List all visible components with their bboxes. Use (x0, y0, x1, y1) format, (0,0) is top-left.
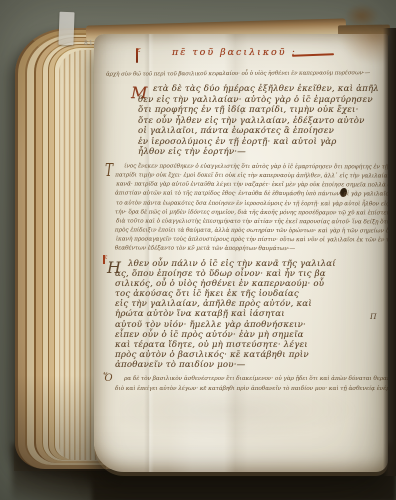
text-line: θεν εἰς τὴν γαλιλαίαν· αὐτὸς γὰρ ὁ ἰϲ̄ ἐ… (138, 95, 379, 106)
text-line: σιλικός, οὗ ὁ υἱὸς ἠσθένει ἐν καπερναούμ… (115, 279, 336, 289)
gospel-passage-2: λθεν οὖν πάλιν ὁ ἰϲ̄ εἰς τὴν κανᾶ τῆς γα… (115, 259, 336, 370)
text-line: ας, ὅπου ἐποίησε τὸ ὕδωρ οἶνον· καὶ ἦν τ… (115, 269, 336, 279)
text-line: ἐν ἱεροσολύμοις ἐν τῇ ἑορτῇ· καὶ αὐτοὶ γ… (138, 137, 379, 148)
text-line: οἱ γαλιλαῖοι, πάντα ἑωρακότες ἃ ἐποίησεν (138, 126, 379, 137)
manuscript-photo: ε πε̄ τοῦ βαϲιλικοῦ : ἀρχὴ σὺν θω̄ τοῦ π… (0, 0, 396, 500)
headnote-line: ἀρχὴ σὺν θω̄ τοῦ περὶ τοῦ βασιλικοῦ κεφα… (106, 70, 362, 77)
initial-omicron: Ὅ (103, 374, 113, 384)
gospel-passage-1: ετὰ δὲ τὰς δύο ἡμέρας ἐξῆλθεν ἐκεῖθεν, κ… (138, 84, 379, 158)
initial-tau: Τ (105, 161, 113, 179)
commentary-block-2: ρα δὲ τὸν βασιλικὸν ἀσθενέστερον ἔτι δια… (115, 375, 388, 394)
text-line: θεαθέντων ἐδέξαντο τὸν κν̄ μετὰ τῶν ἀπορ… (115, 245, 388, 255)
text-line: ρα δὲ τὸν βασιλικὸν ἀσθενέστερον ἔτι δια… (115, 375, 388, 385)
text-line: τος ἀκούσας ὅτι ἰϲ̄ ἥκει ἐκ τῆς ἰουδαίας (115, 289, 336, 299)
text-line: πρὸς αὐτὸν ὁ βασιλικός· κε̄ κατάβηθι πρὶ… (115, 350, 336, 360)
corner-stain (340, 34, 388, 64)
text-line: εἰς τὴν γαλιλαίαν, ἀπῆλθε πρὸς αὐτόν, κα… (115, 299, 336, 309)
text-line: διὸ καὶ ἐπείγει αὐτὸν λέγων· κε̄ κατάβηθ… (115, 385, 388, 395)
text-line: ὅτε οὖν ἦλθεν εἰς τὴν γαλιλαίαν, ἐδέξαντ… (138, 116, 379, 127)
folio-number: 81 (84, 40, 94, 47)
title-flourish (292, 53, 334, 57)
right-margin-mark: Π (370, 312, 377, 321)
text-line: ὅτι προφήτης ἐν τῇ ἰδίᾳ πατρίδι, τιμὴν ο… (138, 105, 379, 116)
text-line: ἦλθον εἰς τὴν ἑορτήν·— (138, 147, 379, 158)
manuscript-page: ε πε̄ τοῦ βαϲιλικοῦ : ἀρχὴ σὺν θω̄ τοῦ π… (94, 34, 388, 472)
gutter-shadow (383, 28, 396, 476)
bookmark-tape (58, 12, 74, 46)
top-edge-stain (345, 4, 379, 28)
kephalaion-number-top: ε (137, 47, 141, 54)
kephalaion-mark-top: ε (131, 47, 143, 63)
text-line: λθεν οὖν πάλιν ὁ ἰϲ̄ εἰς τὴν κανᾶ τῆς γα… (115, 259, 336, 269)
commentary-block-1: ίνος ἕνεκεν προσέθηκεν ὁ εὐαγγελιστὴς ὅτ… (115, 162, 388, 255)
chapter-title: πε̄ τοῦ βαϲιλικοῦ : (172, 47, 297, 58)
text-line: εἶπεν οὖν ὁ ἰϲ̄ πρὸς αὐτόν· ἐὰν μὴ σημεῖ… (115, 330, 336, 340)
text-line: ἠρώτα αὐτὸν ἵνα καταβῇ καὶ ἰάσηται (115, 309, 336, 319)
text-line: ετὰ δὲ τὰς δύο ἡμέρας ἐξῆλθεν ἐκεῖθεν, κ… (138, 84, 379, 95)
fore-edge-shade (14, 375, 106, 471)
text-line: αὐτοῦ τὸν υἱόν· ἤμελλε γὰρ ἀποθνήσκειν· (115, 320, 336, 330)
text-line: καὶ τέρατα ἴδητε, οὐ μὴ πιστεύσητε· λέγε… (115, 340, 336, 350)
text-line: ἀποθανεῖν τὸ παιδίον μου·— (115, 360, 336, 370)
